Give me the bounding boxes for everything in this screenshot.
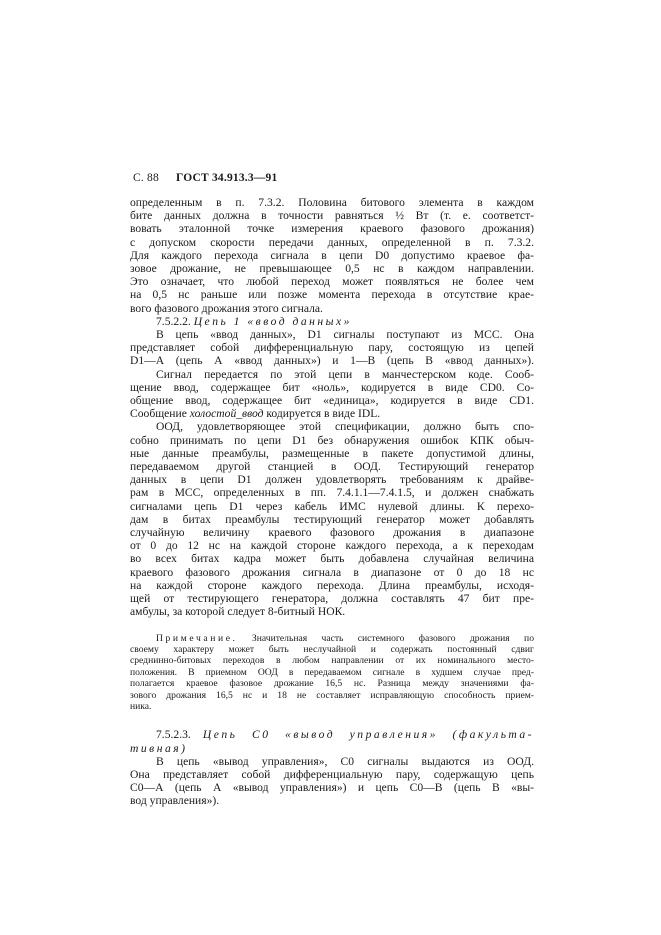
text-line: рам в МСС, определенных в пп. 7.4.1.1—7.…	[130, 486, 534, 499]
intro-paragraph: определенным в п. 7.3.2. Половина битово…	[130, 196, 534, 315]
section-number: 7.5.2.3.	[156, 728, 191, 741]
text-line: Она представляет собой дифференциальную …	[130, 768, 534, 781]
note-label: Примечание.	[156, 633, 238, 644]
text-line: сигналами цепь D1 через кабель ИМС нулев…	[130, 500, 534, 513]
text-line: Сигнал передается по этой цепи в манчест…	[130, 368, 534, 381]
text-line: Сообщение холостой_ввод кодируется в вид…	[130, 407, 534, 420]
italic-term: холостой_ввод	[190, 407, 264, 420]
text-line: от 0 до 12 нс на каждой стороне каждого …	[130, 539, 534, 552]
text-line: В цепь «ввод данных», D1 сигналы поступа…	[130, 328, 534, 341]
section-number: 7.5.2.2.	[156, 315, 191, 328]
paragraph-ood-spec: ООД, удовлетворяющее этой спецификации, …	[130, 420, 534, 618]
text-line: с допуском скорости передачи данных, опр…	[130, 236, 534, 249]
text-line: бите данных должна в точности равняться …	[130, 209, 534, 222]
text-line: Примечание. Значительная часть системног…	[130, 633, 534, 644]
text-line: во всех битах кадра может быть добавлена…	[130, 552, 534, 565]
text-line: зового дрожания 16,5 нс и 18 не составля…	[130, 690, 534, 701]
page-body: определенным в п. 7.3.2. Половина битово…	[130, 196, 534, 808]
text-line: на каждой стороне каждого перехода. Длин…	[130, 579, 534, 592]
text-line: вовать эталонной точке измерения краевог…	[130, 222, 534, 235]
text-line: передаваемом другой станцией в ООД. Тест…	[130, 460, 534, 473]
text-line: D1—А (цепь А «ввод данных») и 1—В (цепь …	[130, 354, 534, 367]
paragraph-manchester: Сигнал передается по этой цепи в манчест…	[130, 368, 534, 421]
text-line: дам в битах преамбулы тестирующий генера…	[130, 513, 534, 526]
text-line: C0—А (цепь А «вывод управления») и цепь …	[130, 781, 534, 794]
section-title: Цепь 1 «ввод данных»	[194, 315, 352, 328]
text-line: Для каждого перехода сигнала в цепи D0 д…	[130, 249, 534, 262]
paragraph-c0: В цепь «вывод управления», C0 сигналы вы…	[130, 755, 534, 808]
section-title-cont: тивная)	[130, 742, 534, 755]
note-block: Примечание. Значительная часть системног…	[130, 633, 534, 713]
text-line: ные данные преамбулы, размещенные в паке…	[130, 447, 534, 460]
text-line: собно принимать по цепи D1 без обнаружен…	[130, 434, 534, 447]
text-line: амбулы, за которой следует 8-битный НОК.	[130, 605, 534, 618]
page-header: С. 88 ГОСТ 34.913.3—91	[133, 172, 277, 184]
section-heading-7522: 7.5.2.2. Цепь 1 «ввод данных»	[130, 315, 534, 328]
text-line: случайную величину краевого фазового дро…	[130, 526, 534, 539]
text-line: своему характеру может быть неслучайной …	[130, 644, 534, 655]
paragraph-d1-intro: В цепь «ввод данных», D1 сигналы поступа…	[130, 328, 534, 368]
spacer	[130, 712, 534, 728]
text-line: положения. В приемном ООД в передаваемом…	[130, 667, 534, 678]
text-line: на 0,5 нс раньше или позже момента перех…	[130, 288, 534, 301]
section-title: Цепь C0 «вывод управления» (факульта-	[203, 728, 534, 741]
text-line: краевого фазового дрожания сигнала в диа…	[130, 566, 534, 579]
text-line: щение ввод, содержащее бит «ноль», кодир…	[130, 381, 534, 394]
text-fragment: Сообщение	[130, 407, 190, 420]
text-line: 7.5.2.3. Цепь C0 «вывод управления» (фак…	[130, 728, 534, 741]
text-line: данных в цепи D1 должен удовлетворять тр…	[130, 473, 534, 486]
text-fragment: Значительная часть системного фазового д…	[238, 633, 534, 644]
text-line: вод управления»).	[130, 794, 534, 807]
text-line: ника.	[130, 701, 534, 712]
document-page: С. 88 ГОСТ 34.913.3—91 определенным в п.…	[0, 0, 661, 935]
text-line: представляет собой дифференциальную пару…	[130, 341, 534, 354]
text-line: определенным в п. 7.3.2. Половина битово…	[130, 196, 534, 209]
text-line: полагается краевое фазовое дрожание 16,5…	[130, 678, 534, 689]
page-number: С. 88	[133, 172, 159, 184]
text-line: среднинно-битовых переходов в любом напр…	[130, 655, 534, 666]
text-line: Это означает, что любой переход может по…	[130, 275, 534, 288]
text-line: зовое дрожание, не превышающее 0,5 нс в …	[130, 262, 534, 275]
text-line: В цепь «вывод управления», C0 сигналы вы…	[130, 755, 534, 768]
text-line: вого фазового дрожания этого сигнала.	[130, 302, 534, 315]
standard-code: ГОСТ 34.913.3—91	[176, 172, 277, 184]
text-line: общение ввод, содержащее бит «единица», …	[130, 394, 534, 407]
section-heading-7523: 7.5.2.3. Цепь C0 «вывод управления» (фак…	[130, 728, 534, 754]
text-line: ООД, удовлетворяющее этой спецификации, …	[130, 420, 534, 433]
text-fragment: кодируется в виде IDL.	[263, 407, 380, 420]
text-line: щей от тестирующего генератора, должна с…	[130, 592, 534, 605]
